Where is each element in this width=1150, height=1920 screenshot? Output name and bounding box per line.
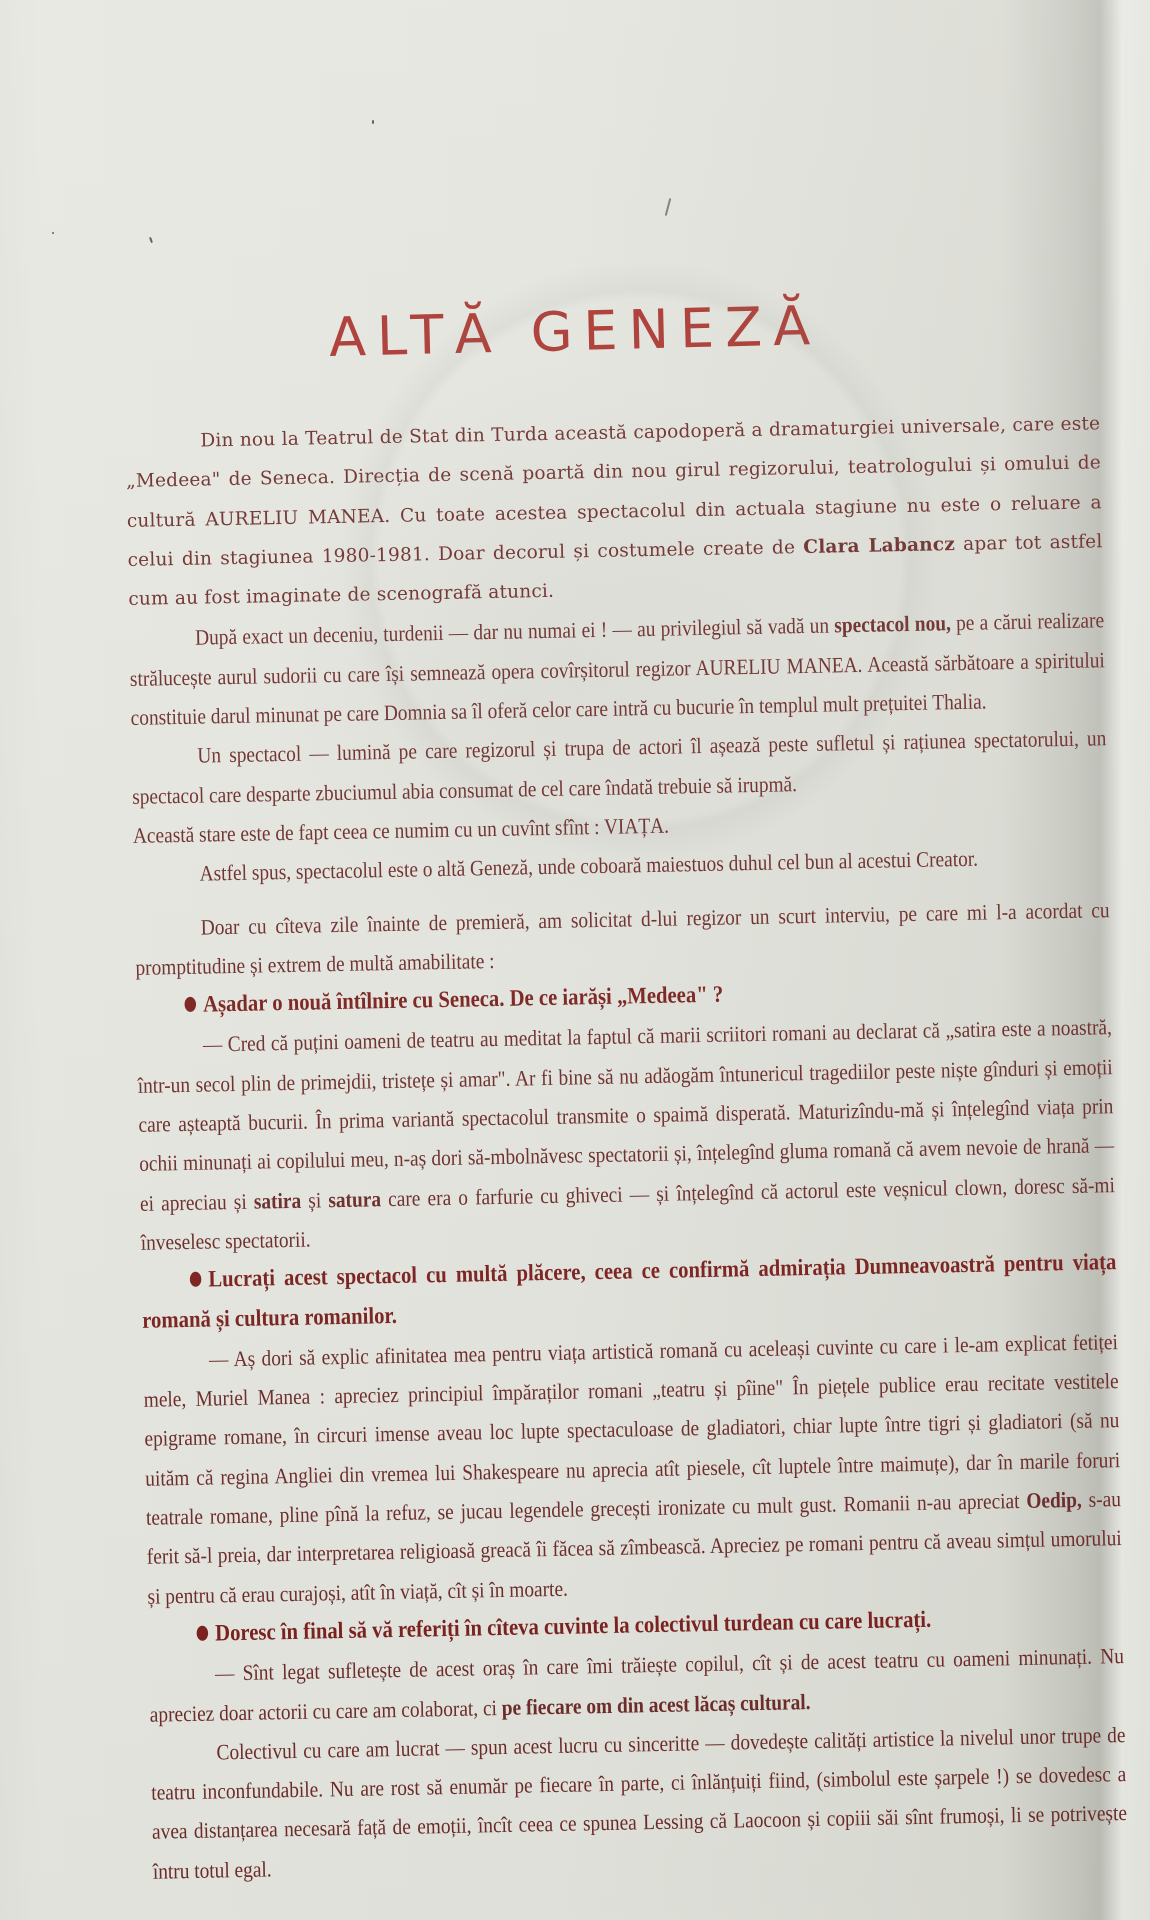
bullet-icon — [190, 1272, 202, 1287]
article-title: ALTĂ GENEZĂ — [0, 286, 1150, 377]
paper-speck — [665, 198, 672, 216]
paper-speck — [52, 232, 54, 234]
main-section: După exact un deceniu, turdenii — dar nu… — [129, 601, 1128, 1891]
intro-section: Din nou la Teatrul de Stat din Turda ace… — [125, 404, 1104, 619]
bullet-icon — [197, 1626, 209, 1641]
paper-speck — [372, 120, 374, 124]
designer-name: Clara Labancz — [803, 534, 955, 558]
printed-page: ALTĂ GENEZĂ Din nou la Teatrul de Stat d… — [0, 0, 1150, 1920]
bullet-icon — [184, 997, 196, 1012]
interview-answer-1: — Cred că puțini oameni de teatru au med… — [137, 1008, 1116, 1262]
article-body: Din nou la Teatrul de Stat din Turda ace… — [125, 404, 1128, 1890]
paragraph-2: După exact un deceniu, turdenii — dar nu… — [129, 601, 1106, 738]
paper-speck — [149, 237, 153, 243]
interview-answer-2: — Aș dori să explic afinitatea mea pentr… — [143, 1322, 1123, 1616]
intro-paragraph: Din nou la Teatrul de Stat din Turda ace… — [125, 404, 1104, 619]
closing-paragraph: Colectivul cu care am lucrat — spun aces… — [150, 1715, 1128, 1891]
